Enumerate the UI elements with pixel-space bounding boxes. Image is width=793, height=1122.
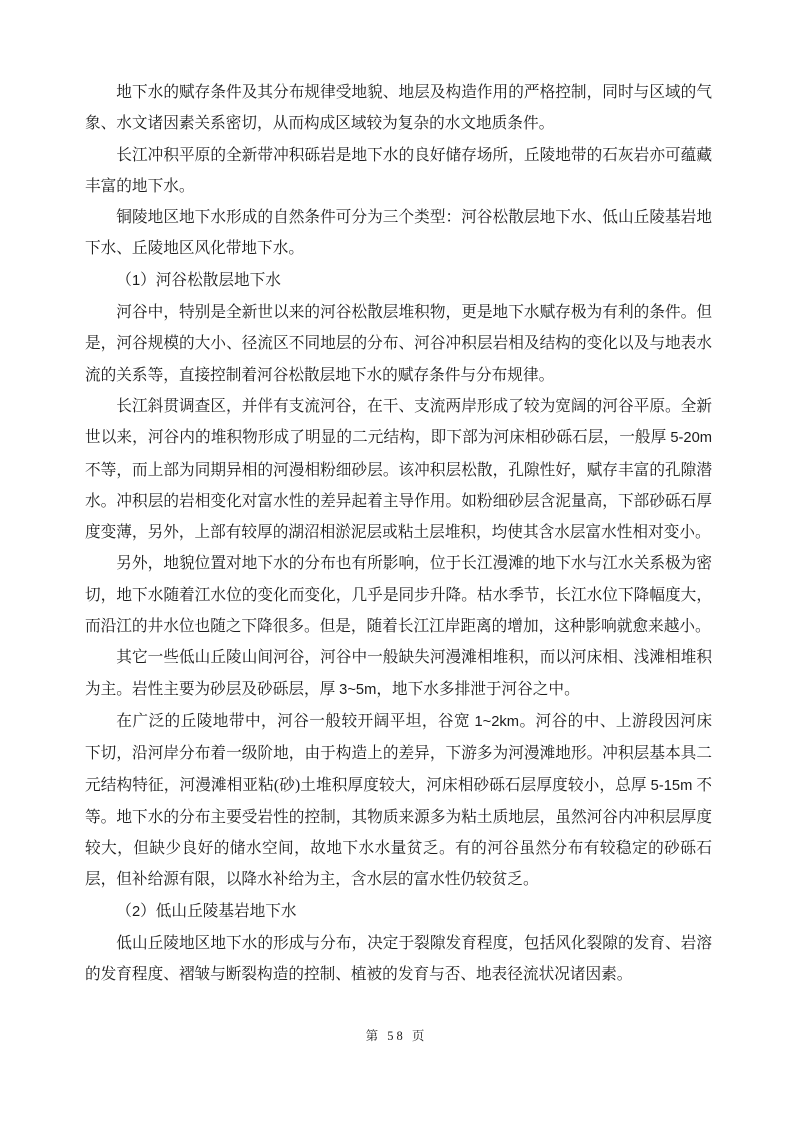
paragraph-hill-valleys: 其它一些低山丘陵山间河谷，河谷中一般缺失河漫滩相堆积，而以河床相、浅滩相堆积为主… xyxy=(85,642,712,706)
section-heading-2: （2）低山丘陵基岩地下水 xyxy=(85,896,712,928)
paragraph-yangtze-survey: 长江斜贯调查区，并伴有支流河谷，在干、支流两岸形成了较为宽阔的河谷平原。全新世以… xyxy=(85,391,712,548)
page-footer: 第 58 页 xyxy=(0,1026,793,1044)
document-page: 地下水的赋存条件及其分布规律受地貌、地层及构造作用的严格控制，同时与区域的气象、… xyxy=(0,0,793,1122)
paragraph-tongling-types: 铜陵地区地下水形成的自然条件可分为三个类型：河谷松散层地下水、低山丘陵基岩地下水… xyxy=(85,202,712,265)
section-heading-1: （1）河谷松散层地下水 xyxy=(85,265,712,297)
page-number: 第 58 页 xyxy=(366,1029,428,1043)
paragraph-hilly-belt: 在广泛的丘陵地带中，河谷一般较开阔平坦，谷宽 1~2km。河谷的中、上游段因河床… xyxy=(85,706,712,896)
paragraph-yangtze-plain: 长江冲积平原的全新带冲积砾岩是地下水的良好储存场所，丘陵地带的石灰岩亦可蕴藏丰富… xyxy=(85,140,712,203)
paragraph-intro-conditions: 地下水的赋存条件及其分布规律受地貌、地层及构造作用的严格控制，同时与区域的气象、… xyxy=(85,77,712,140)
paragraph-bedrock-water: 低山丘陵地区地下水的形成与分布，决定于裂隙发育程度，包括风化裂隙的发育、岩溶的发… xyxy=(85,928,712,991)
paragraph-geomorphic-position: 另外，地貌位置对地下水的分布也有所影响，位于长江漫滩的地下水与江水关系极为密切，… xyxy=(85,548,712,642)
document-body: 地下水的赋存条件及其分布规律受地貌、地层及构造作用的严格控制，同时与区域的气象、… xyxy=(85,77,712,991)
paragraph-valley-deposits: 河谷中，特别是全新世以来的河谷松散层堆积物，更是地下水赋存极为有利的条件。但是，… xyxy=(85,297,712,391)
